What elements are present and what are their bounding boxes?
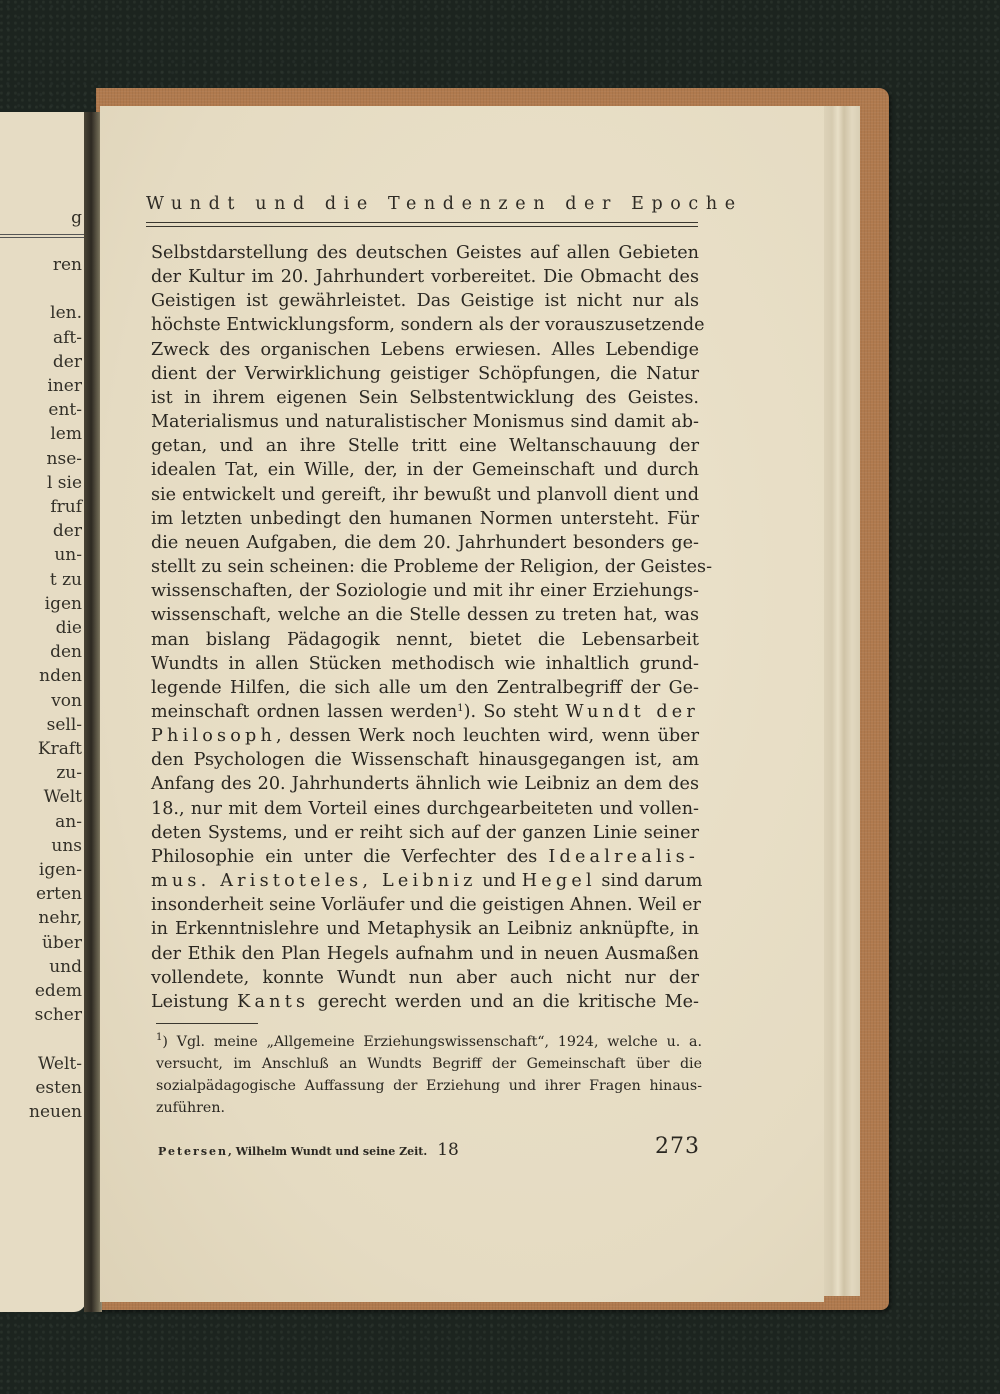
text-line: den Psychologen die Wissenschaft hinausg…	[151, 748, 699, 772]
text-line: Selbstdarstellung des deutschen Geistes …	[151, 241, 699, 265]
text-line: im letzten unbedingt den humanen Normen …	[151, 507, 699, 531]
left-line-fragment: igen-	[29, 858, 82, 882]
emphasized-name: Kants	[237, 992, 309, 1012]
text-line: idealen Tat, ein Wille, der, in der Geme…	[151, 458, 699, 482]
left-line-fragment: edem	[29, 979, 82, 1003]
left-line-fragment	[29, 277, 82, 301]
text-line: Zweck des organischen Lebens erwiesen. A…	[151, 338, 699, 362]
footnote-line: versucht, im Anschluß an Wundts Begriff …	[156, 1053, 702, 1075]
footnote-line: sozialpädagogische Auffassung der Erzieh…	[156, 1075, 702, 1097]
left-line-fragment: fruf	[29, 495, 82, 519]
page-stack-edge	[820, 106, 860, 1296]
text-run: sind darum	[601, 871, 702, 891]
sheet-number: 18	[437, 1140, 459, 1160]
left-line-fragment: der	[29, 519, 82, 543]
emphasized-name: Hegel	[522, 871, 596, 891]
text-line: in Erkenntnislehre und Metaphysik an Lei…	[151, 917, 699, 941]
right-page: Wundt und die Tendenzen der Epoche Selbs…	[100, 106, 824, 1302]
left-page: g ren len.aft-derinerent-lemnse-l siefru…	[0, 112, 86, 1312]
text-run: meinschaft ordnen lassen werden	[151, 702, 457, 722]
left-line-fragment: uns	[29, 834, 82, 858]
text-line: Philosoph, dessen Werk noch leuchten wir…	[151, 724, 699, 748]
left-line-fragment: erten	[29, 882, 82, 906]
footnote-rule	[156, 1023, 258, 1024]
left-line-fragment: igen	[29, 592, 82, 616]
footnote-line: 1) Vgl. meine „Allgemeine Erziehungswiss…	[156, 1031, 702, 1053]
emphasized-name: Wundt der	[566, 702, 700, 722]
left-line-fragment: Welt-	[29, 1052, 82, 1076]
signature-title: , Wilhelm Wundt und seine Zeit.	[228, 1145, 427, 1158]
text-line: vollendete, konnte Wundt nun aber auch n…	[151, 966, 699, 990]
body-text: Selbstdarstellung des deutschen Geistes …	[151, 241, 699, 1014]
left-line-fragment: len.	[29, 301, 82, 325]
text-line: mus. Aristoteles, Leibniz und Hegel sind…	[151, 869, 699, 893]
left-line-fragment: neuen	[29, 1100, 82, 1124]
left-line-fragment: sell-	[29, 713, 82, 737]
text-line: deten Systems, und er reiht sich auf der…	[151, 821, 699, 845]
left-line-fragment: esten	[29, 1076, 82, 1100]
text-line: meinschaft ordnen lassen werden1). So st…	[151, 700, 699, 724]
left-line-fragment: iner	[29, 374, 82, 398]
text-line: Leistung Kants gerecht werden und an die…	[151, 990, 699, 1014]
text-run: ) Vgl. meine „Allgemeine Erziehungswisse…	[162, 1034, 702, 1050]
left-line-fragment: ren	[29, 253, 82, 277]
text-line: dient der Verwirklichung geistiger Schöp…	[151, 362, 699, 386]
left-line-fragment: an-	[29, 810, 82, 834]
left-line-fragment: aft-	[29, 326, 82, 350]
left-line-fragment: nehr,	[29, 906, 82, 930]
text-run: , dessen Werk noch leuchten wird, wenn ü…	[276, 726, 699, 746]
text-line: Materialismus und naturalistischer Monis…	[151, 410, 699, 434]
page-number: 273	[655, 1134, 700, 1159]
left-line-fragment: von	[29, 689, 82, 713]
left-line-fragment: Welt	[29, 785, 82, 809]
text-line: ist in ihrem eigenen Sein Selbstentwickl…	[151, 386, 699, 410]
left-line-fragment: nden	[29, 664, 82, 688]
left-running-head-fragment: g	[71, 208, 82, 228]
text-line: Philosophie ein unter die Verfechter des…	[151, 845, 699, 869]
text-line: insonderheit seine Vorläufer und die gei…	[151, 893, 699, 917]
left-line-fragment: scher	[29, 1003, 82, 1027]
signature-author: Petersen	[158, 1145, 228, 1158]
text-line: die neuen Aufgaben, die dem 20. Jahrhund…	[151, 531, 699, 555]
left-line-fragment: un-	[29, 543, 82, 567]
text-line: der Kultur im 20. Jahrhundert vorbereite…	[151, 265, 699, 289]
text-line: der Ethik den Plan Hegels aufnahm und in…	[151, 942, 699, 966]
text-run: Philosophie ein unter die Verfechter des	[151, 847, 537, 867]
left-line-fragment: Kraft	[29, 737, 82, 761]
emphasized-name: mus. Aristoteles, Leibniz	[151, 871, 477, 891]
header-double-rule	[146, 222, 698, 227]
text-line: stellt zu sein scheinen: die Probleme de…	[151, 555, 699, 579]
footnote: 1) Vgl. meine „Allgemeine Erziehungswiss…	[156, 1031, 702, 1119]
left-page-text: ren len.aft-derinerent-lemnse-l siefrufd…	[29, 253, 82, 1124]
left-line-fragment	[29, 1028, 82, 1052]
text-line: sie entwickelt und gereift, ihr bewußt u…	[151, 483, 699, 507]
text-line: wissenschaft, welche an die Stelle desse…	[151, 603, 699, 627]
left-line-fragment: ent-	[29, 398, 82, 422]
emphasized-name: Philosoph	[151, 726, 276, 746]
text-run: und	[482, 871, 516, 891]
text-line: Anfang des 20. Jahrhunderts ähnlich wie …	[151, 772, 699, 796]
left-line-fragment: t zu	[29, 568, 82, 592]
left-line-fragment: die	[29, 616, 82, 640]
text-line: legende Hilfen, die sich alle um den Zen…	[151, 676, 699, 700]
emphasized-term: Idealrealis-	[548, 847, 699, 867]
text-line: man bislang Pädagogik nennt, bietet die …	[151, 628, 699, 652]
running-head: Wundt und die Tendenzen der Epoche	[146, 194, 698, 214]
text-line: Geistigen ist gewährleistet. Das Geistig…	[151, 289, 699, 313]
left-line-fragment: lem	[29, 422, 82, 446]
footnote-line: zuführen.	[156, 1097, 702, 1119]
text-line: höchste Entwicklungsform, sondern als de…	[151, 313, 699, 337]
left-line-fragment: den	[29, 640, 82, 664]
text-run: gerecht werden und an die kritische Me-	[318, 992, 699, 1012]
text-line: Wundts in allen Stücken methodisch wie i…	[151, 652, 699, 676]
text-line: 18., nur mit dem Vorteil eines durchgear…	[151, 797, 699, 821]
text-run: ). So steht	[464, 702, 559, 722]
left-header-rule	[0, 234, 86, 238]
left-line-fragment: zu-	[29, 761, 82, 785]
text-line: getan, und an ihre Stelle tritt eine Wel…	[151, 434, 699, 458]
left-line-fragment: und	[29, 955, 82, 979]
left-line-fragment: nse-	[29, 447, 82, 471]
left-line-fragment: über	[29, 931, 82, 955]
left-line-fragment: l sie	[29, 471, 82, 495]
text-line: wissenschaften, der Soziologie und mit i…	[151, 579, 699, 603]
left-line-fragment: der	[29, 350, 82, 374]
printer-signature: Petersen, Wilhelm Wundt und seine Zeit.1…	[158, 1140, 459, 1160]
text-run: Leistung	[151, 992, 229, 1012]
